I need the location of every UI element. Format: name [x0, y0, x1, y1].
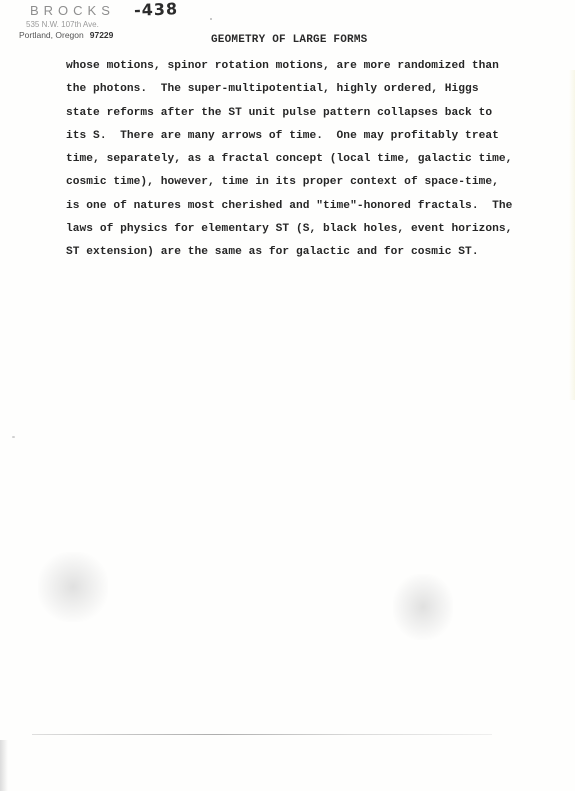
text-line: ST extension) are the same as for galact… [66, 241, 546, 264]
letterhead-city-line: Portland, Oregon97229 [19, 30, 113, 40]
scan-speck [12, 436, 15, 438]
scan-fold-line [32, 734, 492, 735]
text-line: whose motions, spinor rotation motions, … [66, 55, 546, 78]
text-line: state reforms after the ST unit pulse pa… [66, 102, 546, 125]
letterhead-name: BROCKS [30, 3, 115, 18]
text-line: is one of natures most cherished and "ti… [66, 195, 546, 218]
body-text: whose motions, spinor rotation motions, … [66, 55, 546, 265]
text-line: time, separately, as a fractal concept (… [66, 148, 546, 171]
scan-smudge [393, 574, 453, 640]
scan-edge-shadow-left [0, 740, 8, 791]
scan-edge-shadow [569, 70, 575, 400]
page-title: GEOMETRY OF LARGE FORMS [211, 34, 367, 46]
text-line: its S. There are many arrows of time. On… [66, 125, 546, 148]
scan-speck [210, 18, 212, 20]
text-line: cosmic time), however, time in its prope… [66, 171, 546, 194]
document-page: BROCKS -438 535 N.W. 107th Ave. Portland… [0, 0, 575, 791]
letterhead-zip: 97229 [90, 30, 114, 40]
text-line: laws of physics for elementary ST (S, bl… [66, 218, 546, 241]
scan-smudge [38, 552, 108, 622]
handwritten-page-number: -438 [134, 0, 179, 20]
text-line: the photons. The super-multipotential, h… [66, 78, 546, 101]
letterhead-street: 535 N.W. 107th Ave. [26, 20, 99, 29]
letterhead-city: Portland, Oregon [19, 30, 84, 40]
